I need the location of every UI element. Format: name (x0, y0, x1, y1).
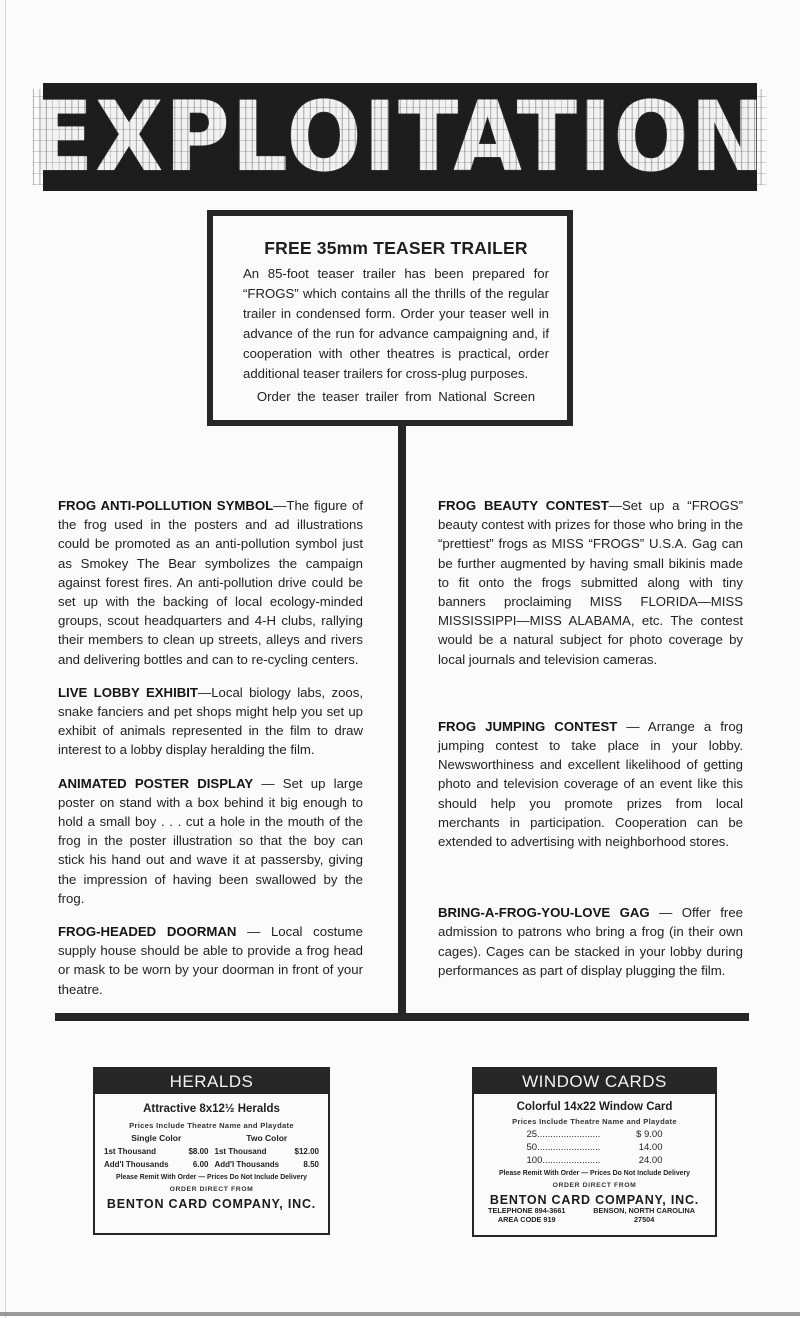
order-direct-label: ORDER DIRECT FROM (474, 1182, 715, 1189)
price-value: $12.00 (295, 1145, 319, 1158)
horizontal-divider (55, 1013, 749, 1021)
title-banner: EXPLOITATION (43, 83, 757, 191)
article-animated-poster-display: ANIMATED POSTER DISPLAY — Set up large p… (58, 774, 363, 908)
teaser-trailer-box: FREE 35mm TEASER TRAILER An 85-foot teas… (207, 210, 573, 426)
teaser-title: FREE 35mm TEASER TRAILER (243, 238, 549, 259)
article-text: —Set up a “FROGS” beauty contest with pr… (438, 498, 743, 667)
article-frog-beauty-contest: FROG BEAUTY CONTEST—Set up a “FROGS” bea… (438, 496, 743, 669)
article-heading: BRING-A-FROG-YOU-LOVE GAG (438, 905, 650, 920)
page-edge (0, 1312, 800, 1316)
quantity: 25........................ (527, 1128, 627, 1141)
zip: 27504 (593, 1216, 695, 1225)
article-text: —The figure of the frog used in the post… (58, 498, 363, 667)
teaser-order-line: Order the teaser trailer from National S… (243, 389, 549, 404)
teaser-body: An 85-foot teaser trailer has been prepa… (243, 264, 549, 384)
article-frog-headed-doorman: FROG-HEADED DOORMAN — Local costume supp… (58, 922, 363, 999)
price-value: $8.00 (188, 1145, 208, 1158)
price-value: 24.00 (627, 1154, 663, 1167)
price-row: 25........................ $ 9.00 (474, 1128, 715, 1141)
article-bring-a-frog-gag: BRING-A-FROG-YOU-LOVE GAG — Offer free a… (438, 903, 743, 980)
order-direct-label: ORDER DIRECT FROM (95, 1186, 328, 1193)
ad-subtitle: Colorful 14x22 Window Card (474, 1101, 715, 1113)
article-heading: FROG BEAUTY CONTEST (438, 498, 609, 513)
ad-price-note: Prices Include Theatre Name and Playdate (95, 1121, 328, 1130)
left-column: FROG ANTI-POLLUTION SYMBOL—The figure of… (58, 496, 363, 999)
two-color-column: Two Color 1st Thousand $12.00 Add'l Thou… (212, 1133, 323, 1171)
price-row: Add'l Thousands 6.00 (101, 1158, 212, 1171)
article-text: — Arrange a frog jumping contest to take… (438, 719, 743, 849)
article-anti-pollution-symbol: FROG ANTI-POLLUTION SYMBOL—The figure of… (58, 496, 363, 669)
price-item: 1st Thousand (104, 1145, 156, 1158)
address-block: BENSON, NORTH CAROLINA 27504 (593, 1207, 695, 1224)
price-value: 6.00 (193, 1158, 209, 1171)
single-color-column: Single Color 1st Thousand $8.00 Add'l Th… (101, 1133, 212, 1171)
price-table: Single Color 1st Thousand $8.00 Add'l Th… (101, 1133, 322, 1171)
article-heading: FROG ANTI-POLLUTION SYMBOL (58, 498, 273, 513)
article-heading: FROG-HEADED DOORMAN (58, 924, 236, 939)
article-heading: ANIMATED POSTER DISPLAY (58, 776, 253, 791)
price-item: 1st Thousand (215, 1145, 267, 1158)
company-contact: TELEPHONE 894-3661 AREA CODE 919 BENSON,… (474, 1207, 715, 1224)
price-value: 14.00 (627, 1141, 663, 1154)
page-edge (5, 0, 6, 1318)
price-row: 100...................... 24.00 (474, 1154, 715, 1167)
column-header: Two Color (212, 1133, 323, 1143)
price-row: 1st Thousand $12.00 (212, 1145, 323, 1158)
company-name: BENTON CARD COMPANY, INC. (474, 1193, 715, 1207)
article-heading: FROG JUMPING CONTEST (438, 719, 617, 734)
page-title: EXPLOITATION (33, 89, 766, 185)
phone-block: TELEPHONE 894-3661 AREA CODE 919 (488, 1207, 565, 1224)
window-cards-ad: WINDOW CARDS Colorful 14x22 Window Card … (472, 1067, 717, 1237)
ad-subtitle: Attractive 8x12½ Heralds (95, 1103, 328, 1115)
price-item: Add'l Thousands (104, 1158, 169, 1171)
vertical-divider (398, 426, 406, 1020)
price-row: Add'l Thousands 8.50 (212, 1158, 323, 1171)
price-item: Add'l Thousands (215, 1158, 280, 1171)
ad-header: HERALDS (95, 1069, 328, 1094)
article-live-lobby-exhibit: LIVE LOBBY EXHIBIT—Local biology labs, z… (58, 683, 363, 760)
company-name: BENTON CARD COMPANY, INC. (95, 1197, 328, 1211)
price-value: 8.50 (303, 1158, 319, 1171)
right-column: FROG BEAUTY CONTEST—Set up a “FROGS” bea… (438, 496, 743, 980)
remit-note: Please Remit With Order — Prices Do Not … (95, 1174, 328, 1181)
price-table: 25........................ $ 9.00 50....… (474, 1128, 715, 1167)
price-row: 50........................ 14.00 (474, 1141, 715, 1154)
price-row: 1st Thousand $8.00 (101, 1145, 212, 1158)
quantity: 100...................... (527, 1154, 627, 1167)
ad-price-note: Prices Include Theatre Name and Playdate (474, 1117, 715, 1126)
remit-note: Please Remit With Order — Prices Do Not … (474, 1170, 715, 1177)
article-heading: LIVE LOBBY EXHIBIT (58, 685, 198, 700)
area-code: AREA CODE 919 (488, 1216, 565, 1225)
article-frog-jumping-contest: FROG JUMPING CONTEST — Arrange a frog ju… (438, 717, 743, 851)
ad-header: WINDOW CARDS (474, 1069, 715, 1094)
price-value: $ 9.00 (627, 1128, 663, 1141)
heralds-ad: HERALDS Attractive 8x12½ Heralds Prices … (93, 1067, 330, 1235)
quantity: 50........................ (527, 1141, 627, 1154)
article-text: — Set up large poster on stand with a bo… (58, 776, 363, 906)
column-header: Single Color (101, 1133, 212, 1143)
